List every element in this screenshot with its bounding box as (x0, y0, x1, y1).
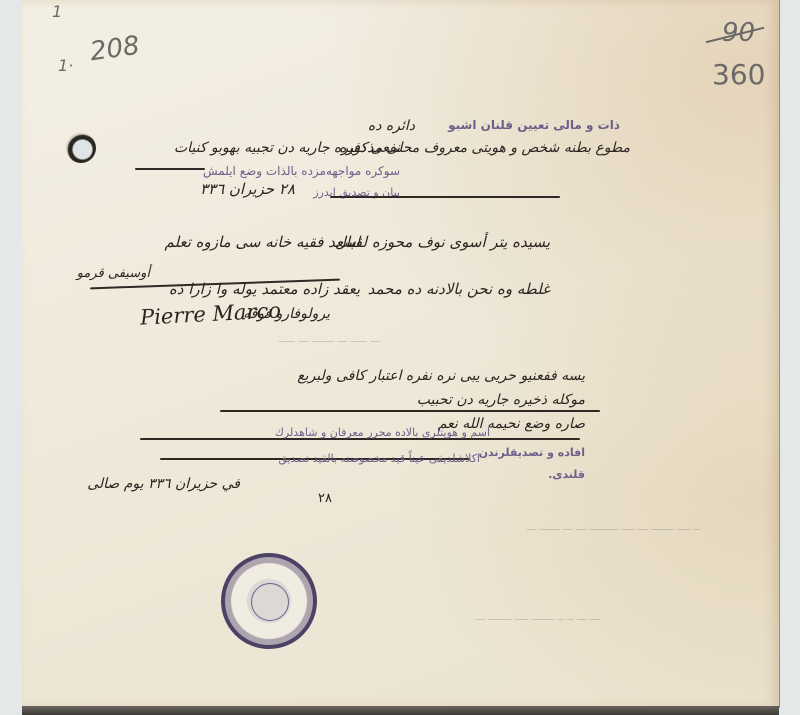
handwritten-line: يسيده يتر أسوى نوف محوزه لقبال (335, 233, 550, 251)
date-fragment: ۲۸ (318, 491, 332, 506)
handwritten-date-line: في حزيران ٣٣٦ يوم صالى (87, 476, 240, 492)
fill-line (135, 168, 205, 170)
handwritten-line: غلطه وه نحن بالادنه ده محمد (368, 280, 550, 298)
handwritten-line: اسعد فقيه خانه سى مازوه تعلم (165, 233, 360, 251)
printed-line: افاده و تصديقلرندن (479, 446, 585, 459)
archive-mark-left: 1· (58, 56, 73, 75)
handwritten-line: يسه ففعنيو حريى يبى نره نفره اعتبار كافى… (297, 368, 585, 384)
signature-ottoman: أوسيفى قرمو (77, 266, 150, 281)
faint-printed-text: ــ ــــ ـــــــ ـــ ــــ ـــــــــ ـــ ـ… (527, 520, 700, 533)
printed-line: قلندى. (548, 468, 585, 481)
seal-inner-ring (251, 583, 289, 621)
handwritten-date: ۲۸ حزيران ٣٣٦ (200, 180, 295, 198)
scan-bottom-edge (22, 706, 779, 715)
handwritten-line: يعقد زاده معتمد يوله وا زارا ذه (169, 280, 360, 298)
handwritten-line: مطوع بطنه شخص و هويتى معروف محلى مذكوره (339, 140, 630, 156)
new-number: 360 (712, 58, 765, 91)
fill-line (220, 410, 600, 412)
printed-line: اكلاشلديقى عيناً قيد مخصوصنه بالقيد تصدي… (279, 452, 480, 465)
printed-line: ذات و مالى تعيين قلنان اشبو (448, 118, 620, 132)
handwritten-line: دائره ده (368, 118, 415, 134)
printed-line: سوكره مواجهه‌مزده بالذات وضع ايلمش (203, 164, 400, 178)
document-page (22, 0, 780, 708)
printed-line: اسم و هويتلرى بالاده محرر معرفان و شاهدل… (275, 426, 490, 439)
faint-printed-text: ـــ ـــــ ـــ ـــــــ ـــ ـــــ (279, 332, 380, 345)
handwritten-line: موكله ذخيره جاريه دن تحبيب (417, 392, 585, 408)
punch-hole-icon (66, 133, 96, 163)
fill-line (330, 196, 560, 198)
official-seal-icon (221, 553, 317, 649)
faint-printed-text: ـــ ـــ ــ ــ ـــــــ ــــ ـــــــ ـــ (476, 610, 600, 623)
archive-mark-top-left: 1 (52, 2, 62, 21)
